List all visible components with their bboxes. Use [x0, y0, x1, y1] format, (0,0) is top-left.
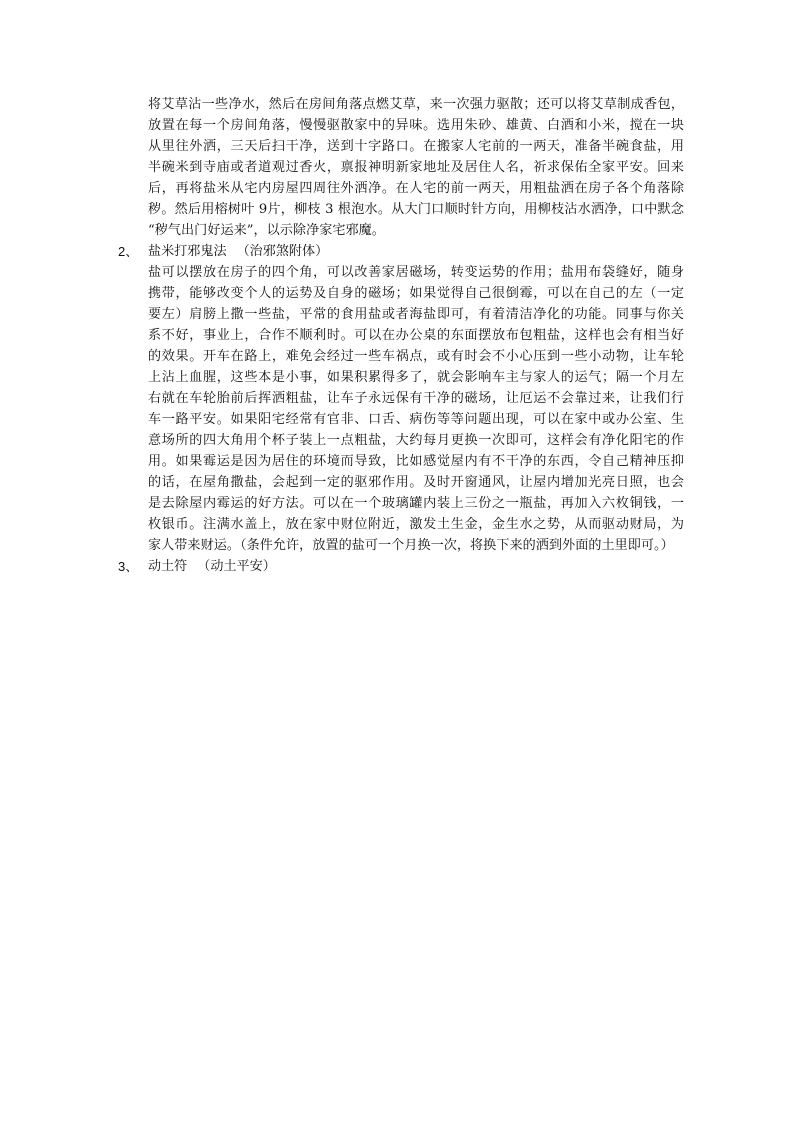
paragraph-line: 要左）肩膀上撒一些盐，平常的食用盐或者海盐即可，有着清洁净化的功能。同事与你关 [148, 304, 684, 325]
paragraph-line: 意场所的四大角用个杯子装上一点粗盐，大约每月更换一次即可，这样会有净化阳宅的作 [148, 430, 684, 451]
paragraph-line: 的效果。开车在路上，难免会经过一些车祸点，或有时会不小心压到一些小动物，让车轮 [148, 346, 684, 367]
document-page: 将艾草沾一些净水，然后在房间角落点燃艾草，来一次强力驱散；还可以将艾草制成香包，… [0, 0, 794, 1122]
section-title: 动土符 [148, 559, 187, 574]
section-title: 盐米打邪鬼法 [148, 244, 227, 259]
paragraph-line: 车一路平安。如果阳宅经常有官非、口舌、病伤等等问题出现，可以在家中或办公室、生 [148, 409, 684, 430]
section-subtitle: （动土平安） [197, 559, 276, 574]
paragraph-line: 将艾草沾一些净水，然后在房间角落点燃艾草，来一次强力驱散；还可以将艾草制成香包， [148, 94, 684, 115]
section-heading: 盐米打邪鬼法（治邪煞附体） [148, 241, 328, 262]
paragraph-line: 家人带来财运。（条件允许，放置的盐可一个月换一次，将换下来的洒到外面的土里即可。… [148, 535, 684, 556]
list-marker: 3、 [118, 556, 138, 577]
paragraph-line: 半碗米到寺庙或者道观过香火，禀报神明新家地址及居住人名，祈求保佑全家平安。回来 [148, 157, 684, 178]
section-heading: 动土符（动土平安） [148, 556, 276, 577]
paragraph-line: 从里往外洒，三天后扫干净，送到十字路口。在搬家人宅前的一两天，准备半碗食盐，用 [148, 136, 684, 157]
section-subtitle: （治邪煞附体） [237, 244, 329, 259]
paragraph-line: 携带，能够改变个人的运势及自身的磁场；如果觉得自己很倒霉，可以在自己的左（一定 [148, 283, 684, 304]
paragraph-line: 系不好，事业上，合作不顺利时。可以在办公桌的东面摆放布包粗盐，这样也会有相当好 [148, 325, 684, 346]
paragraph-line: 用。如果霉运是因为居住的环境而导致，比如感觉屋内有不干净的东西，令自己精神压抑 [148, 451, 684, 472]
list-marker: 2、 [118, 241, 138, 262]
paragraph-line: 枚银币。注满水盖上，放在家中财位附近，激发土生金，金生水之势，从而驱动财局，为 [148, 514, 684, 535]
paragraph-line: 的话，在屋角撒盐，会起到一定的驱邪作用。及时开窗通风，让屋内增加光亮日照，也会 [148, 472, 684, 493]
paragraph-line: 盐可以摆放在房子的四个角，可以改善家居磁场，转变运势的作用；盐用布袋缝好，随身 [148, 262, 684, 283]
paragraph-line: 右就在车轮胎前后挥洒粗盐，让车子永远保有干净的磁场，让厄运不会靠过来，让我们行 [148, 388, 684, 409]
paragraph-line: “秽气出门好运来”，以示除净家宅邪魔。 [148, 220, 684, 241]
paragraph-line: 放置在每一个房间角落，慢慢驱散家中的异味。选用朱砂、雄黄、白酒和小米，搅在一块 [148, 115, 684, 136]
paragraph-line: 上沾上血腥，这些本是小事，如果积累得多了，就会影响车主与家人的运气；隔一个月左 [148, 367, 684, 388]
paragraph-line: 后，再将盐米从宅内房屋四周往外洒净。在人宅的前一两天，用粗盐洒在房子各个角落除 [148, 178, 684, 199]
paragraph-line: 秽。然后用榕树叶 9片，柳枝 3 根泡水。从大门口顺时针方向，用柳枝沾水洒净，口… [148, 199, 684, 220]
paragraph-line: 是去除屋内霉运的好方法。可以在一个玻璃罐内装上三份之一瓶盐，再加入六枚铜钱，一 [148, 493, 684, 514]
